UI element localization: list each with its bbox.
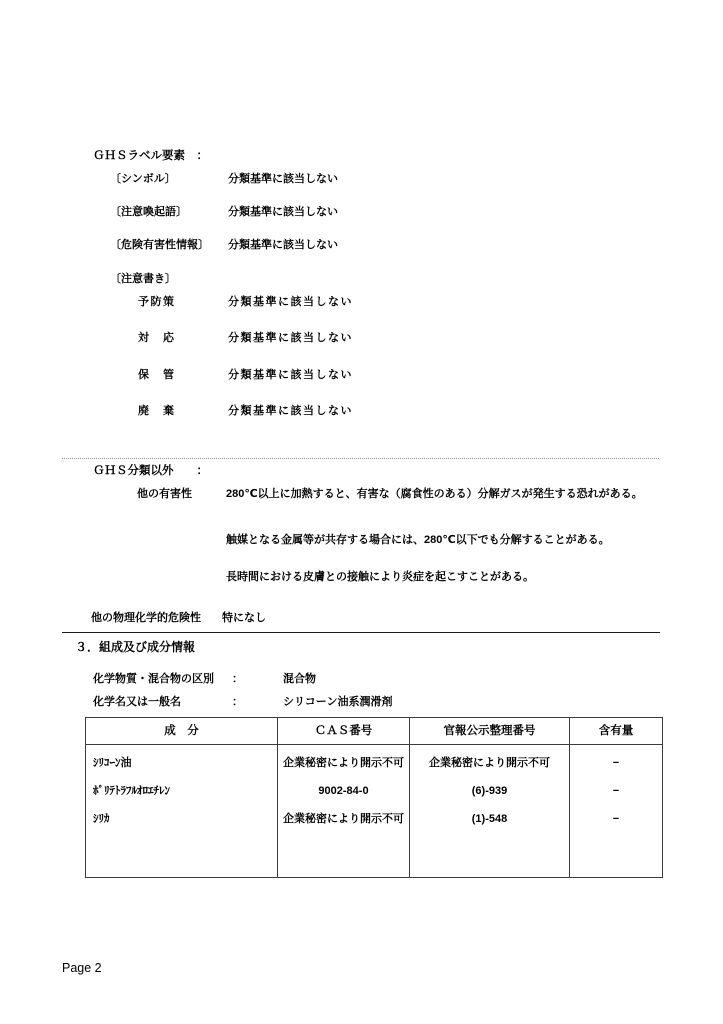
storage-label: 保 管 (138, 368, 176, 382)
disposal-value: 分類基準に該当しない (228, 404, 353, 418)
chemical-name-colon: ： (232, 695, 243, 709)
table-cell-content: − (570, 751, 662, 779)
hazard-statement-value: 分類基準に該当しない (228, 238, 338, 252)
component-column: ｼﾘｺｰﾝ油 ﾎﾟﾘﾃﾄﾗﾌﾙｵﾛｴﾁﾚﾝ ｼﾘｶ (86, 745, 278, 877)
substance-type-value: 混合物 (283, 672, 316, 686)
table-cell-gazette: (1)-548 (410, 807, 569, 835)
col-header-content-amount: 含有量 (570, 718, 662, 745)
symbol-label: 〔シンボル〕 (110, 172, 176, 186)
table-cell-content: − (570, 807, 662, 835)
prevention-label: 予防策 (138, 295, 176, 309)
table-cell-gazette: 企業秘密により開示不可 (410, 751, 569, 779)
section3-heading: ３．組成及び成分情報 (75, 640, 195, 654)
prevention-value: 分類基準に該当しない (228, 295, 353, 309)
table-cell-cas: 企業秘密により開示不可 (278, 807, 409, 835)
ghs-other-heading: ＧＨＳ分類以外 ： (93, 464, 208, 478)
section-divider (62, 632, 660, 633)
dotted-divider (62, 458, 659, 459)
physchem-hazard-label: 他の物理化学的危険性 (91, 611, 201, 625)
table-cell-component: ｼﾘｺｰﾝ油 (93, 751, 277, 779)
physchem-hazard-value: 特になし (222, 611, 266, 625)
other-hazards-line-2: 触媒となる金属等が共存する場合には、280℃以下でも分解することがある。 (226, 533, 610, 547)
storage-value: 分類基準に該当しない (228, 368, 353, 382)
disposal-label: 廃 棄 (138, 404, 176, 418)
cas-number-column: 企業秘密により開示不可 9002-84-0 企業秘密により開示不可 (278, 745, 410, 877)
content-amount-column: − − − (570, 745, 662, 877)
signal-word-value: 分類基準に該当しない (228, 205, 338, 219)
sds-document-page: ＧＨＳラベル要素 ： 〔シンボル〕 分類基準に該当しない 〔注意喚起語〕 分類基… (0, 0, 723, 1024)
precaution-heading: 〔注意書き〕 (110, 272, 176, 286)
other-hazards-line-1: 280℃以上に加熱すると、有害な（腐食性のある）分解ガスが発生する恐れがある。 (226, 487, 643, 501)
table-cell-content: − (570, 779, 662, 807)
substance-type-colon: ： (232, 672, 243, 686)
signal-word-label: 〔注意喚起語〕 (110, 205, 187, 219)
response-label: 対 応 (138, 331, 176, 345)
other-hazards-line-3: 長時間における皮膚との接触により炎症を起こすことがある。 (226, 570, 534, 584)
chemical-name-label: 化学名又は一般名 (93, 695, 181, 709)
col-header-component: 成 分 (86, 718, 278, 745)
other-hazards-label: 他の有害性 (137, 487, 192, 501)
composition-table: 成 分 ＣＡＳ番号 官報公示整理番号 含有量 ｼﾘｺｰﾝ油 ﾎﾟﾘﾃﾄﾗﾌﾙｵﾛ… (85, 717, 663, 878)
gazette-number-column: 企業秘密により開示不可 (6)-939 (1)-548 (410, 745, 570, 877)
table-cell-component: ﾎﾟﾘﾃﾄﾗﾌﾙｵﾛｴﾁﾚﾝ (93, 779, 277, 807)
ghs-label-heading: ＧＨＳラベル要素 ： (93, 149, 208, 163)
col-header-gazette-number: 官報公示整理番号 (410, 718, 570, 745)
chemical-name-value: シリコーン油系潤滑剤 (283, 695, 393, 709)
hazard-statement-label: 〔危険有害性情報〕 (110, 238, 209, 252)
table-cell-gazette: (6)-939 (410, 779, 569, 807)
col-header-cas-number: ＣＡＳ番号 (278, 718, 410, 745)
symbol-value: 分類基準に該当しない (228, 172, 338, 186)
table-cell-component: ｼﾘｶ (93, 807, 277, 835)
response-value: 分類基準に該当しない (228, 331, 353, 345)
substance-type-label: 化学物質・混合物の区別 (93, 672, 214, 686)
table-cell-cas: 企業秘密により開示不可 (278, 751, 409, 779)
table-cell-cas: 9002-84-0 (278, 779, 409, 807)
page-number: Page 2 (62, 961, 102, 975)
